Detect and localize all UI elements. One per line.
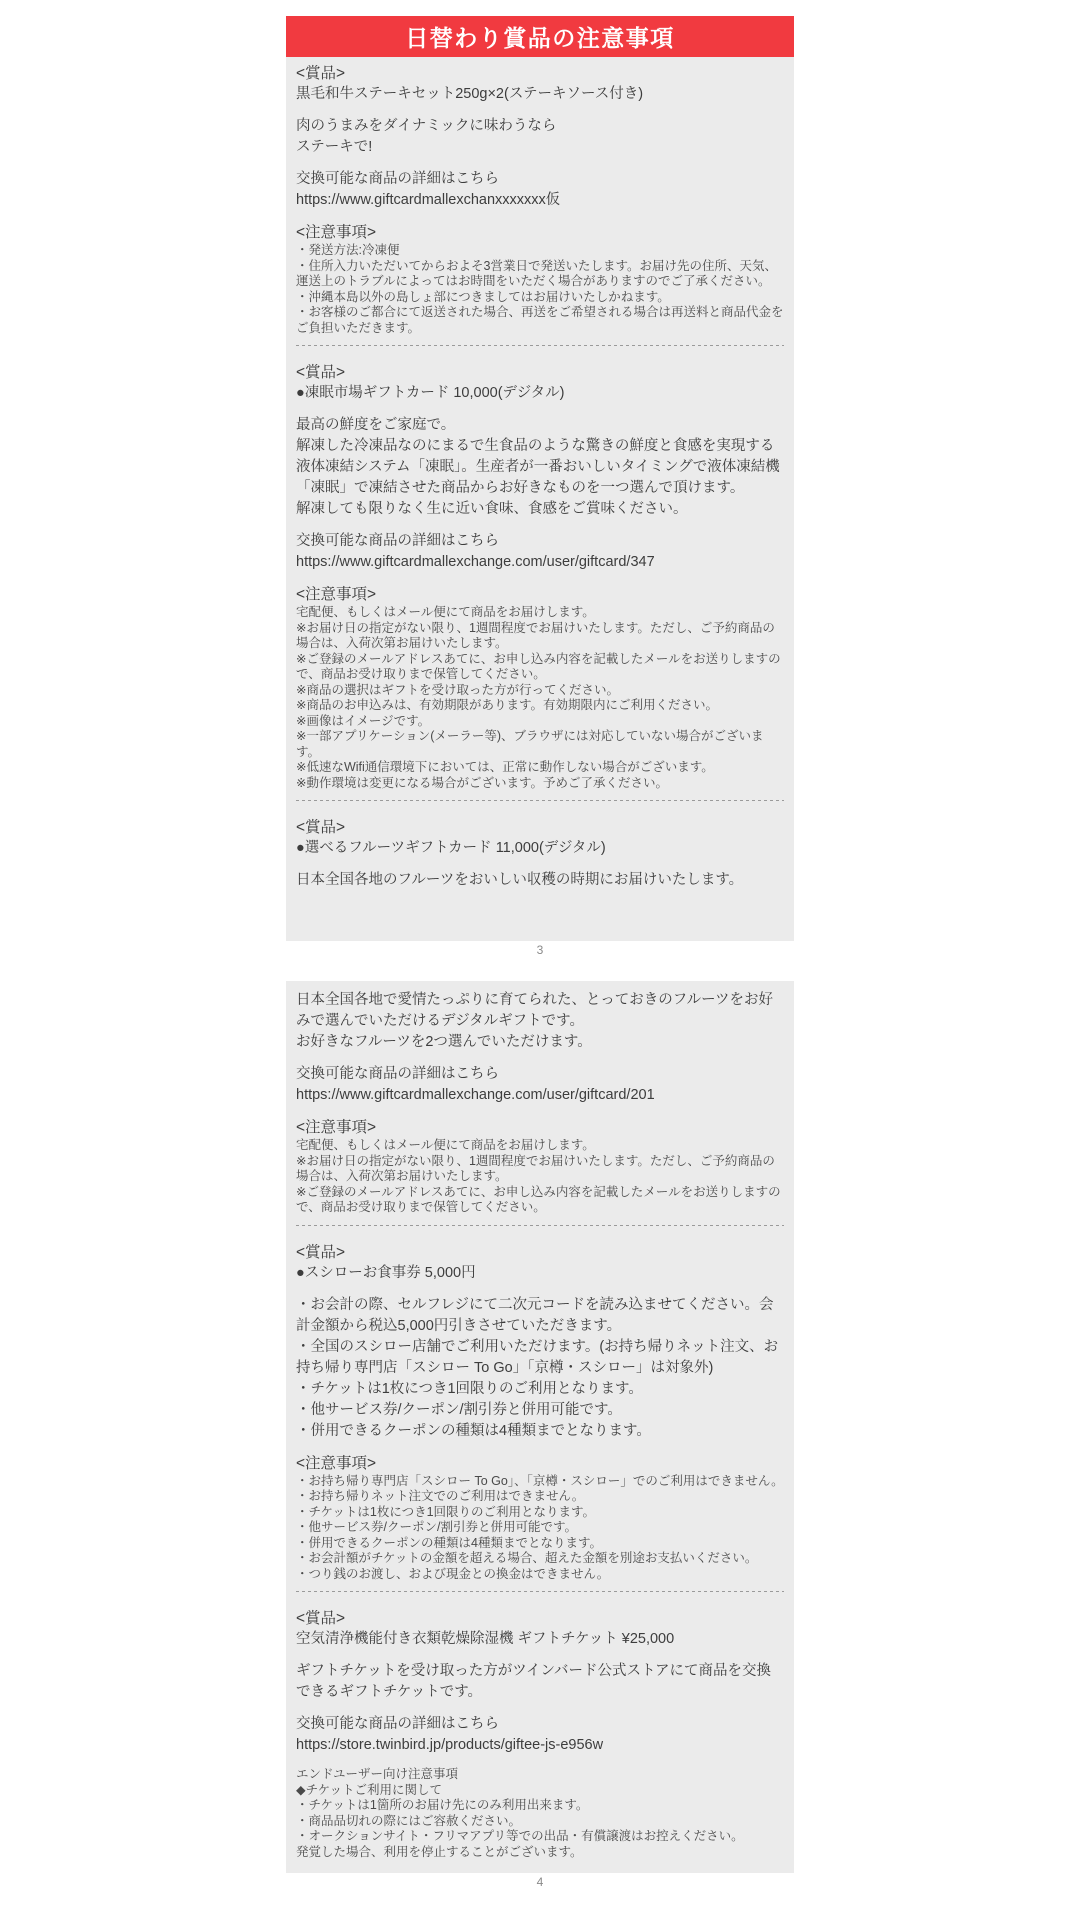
paragraph: 交換可能な商品の詳細はこちら https://store.twinbird.jp… [296,1714,784,1756]
section-heading: <注意事項> [296,1453,784,1474]
section-heading: <注意事項> [296,1117,784,1138]
section-heading: <賞品> [296,817,784,838]
spacer [296,573,784,584]
section-heading: <賞品> [296,1608,784,1629]
paragraph: 最高の鮮度をご家庭で。 解凍した冷凍品なのにまるで生食品のような驚きの鮮度と食感… [296,415,784,520]
spacer [296,1650,784,1661]
spacer [296,158,784,169]
paragraph: 日本全国各地で愛情たっぷりに育てられた、とっておきのフルーツをお好みで選んでいた… [296,990,784,1053]
dashed-separator [296,1225,784,1226]
notes-text: エンドユーザー向け注意事項 ◆チケットご利用に関して ・チケットは1箇所のお届け… [296,1767,784,1860]
notes-text: 宅配便、もしくはメール便にて商品をお届けします。 ※お届け日の指定がない限り、1… [296,1138,784,1216]
paragraph: ●スシローお食事券 5,000円 [296,1263,784,1284]
section-heading: <注意事項> [296,222,784,243]
spacer [296,1284,784,1295]
notes-text: ・発送方法:冷凍便 ・住所入力いただいてからおよそ3営業日で発送いたします。お届… [296,243,784,336]
spacer [296,520,784,531]
spacer [296,859,784,870]
spacer [296,105,784,116]
dashed-separator [296,1591,784,1592]
page-gap [286,958,794,981]
page-title: 日替わり賞品の注意事項 [405,20,675,53]
dashed-separator [296,345,784,346]
section-heading: <注意事項> [296,584,784,605]
paragraph: 交換可能な商品の詳細はこちら https://www.giftcardmalle… [296,1064,784,1106]
page-title-banner: 日替わり賞品の注意事項 [286,16,794,57]
spacer [296,806,784,817]
paragraph: 空気清浄機能付き衣類乾燥除湿機 ギフトチケット ¥25,000 [296,1629,784,1650]
notes-text: 宅配便、もしくはメール便にて商品をお届けします。 ※お届け日の指定がない限り、1… [296,605,784,791]
page-number-3: 3 [286,943,794,958]
document-viewer: 日替わり賞品の注意事項 <賞品>黒毛和牛ステーキセット250g×2(ステーキソー… [286,0,794,1890]
page-number-4: 4 [286,1875,794,1890]
spacer [296,211,784,222]
paragraph: 交換可能な商品の詳細はこちら https://www.giftcardmalle… [296,169,784,211]
section-heading: <賞品> [296,63,784,84]
spacer [296,1703,784,1714]
spacer [296,1106,784,1117]
spacer [296,1756,784,1767]
paragraph: ●選べるフルーツギフトカード 11,000(デジタル) [296,838,784,859]
notes-text: ・お持ち帰り専門店「スシロー To Go」、「京樽・スシロー」でのご利用はできま… [296,1474,784,1583]
spacer [296,351,784,362]
spacer [296,404,784,415]
spacer [296,1053,784,1064]
page-3-content: <賞品>黒毛和牛ステーキセット250g×2(ステーキソース付き)肉のうまみをダイ… [286,57,794,941]
section-heading: <賞品> [296,362,784,383]
paragraph: 交換可能な商品の詳細はこちら https://www.giftcardmalle… [296,531,784,573]
page-3: 日替わり賞品の注意事項 <賞品>黒毛和牛ステーキセット250g×2(ステーキソー… [286,16,794,941]
paragraph: ・お会計の際、セルフレジにて二次元コードを読み込ませてください。会計金額から税込… [296,1295,784,1442]
spacer [296,1442,784,1453]
paragraph: 肉のうまみをダイナミックに味わうなら ステーキで! [296,116,784,158]
page-4: 日本全国各地で愛情たっぷりに育てられた、とっておきのフルーツをお好みで選んでいた… [286,981,794,1873]
paragraph: ギフトチケットを受け取った方がツインバード公式ストアにて商品を交換できるギフトチ… [296,1661,784,1703]
paragraph: 日本全国各地のフルーツをおいしい収穫の時期にお届けいたします。 [296,870,784,891]
section-heading: <賞品> [296,1242,784,1263]
paragraph: 黒毛和牛ステーキセット250g×2(ステーキソース付き) [296,84,784,105]
page-4-content: 日本全国各地で愛情たっぷりに育てられた、とっておきのフルーツをお好みで選んでいた… [286,981,794,1873]
spacer [296,1597,784,1608]
spacer [296,1231,784,1242]
paragraph: ●凍眠市場ギフトカード 10,000(デジタル) [296,383,784,404]
dashed-separator [296,800,784,801]
